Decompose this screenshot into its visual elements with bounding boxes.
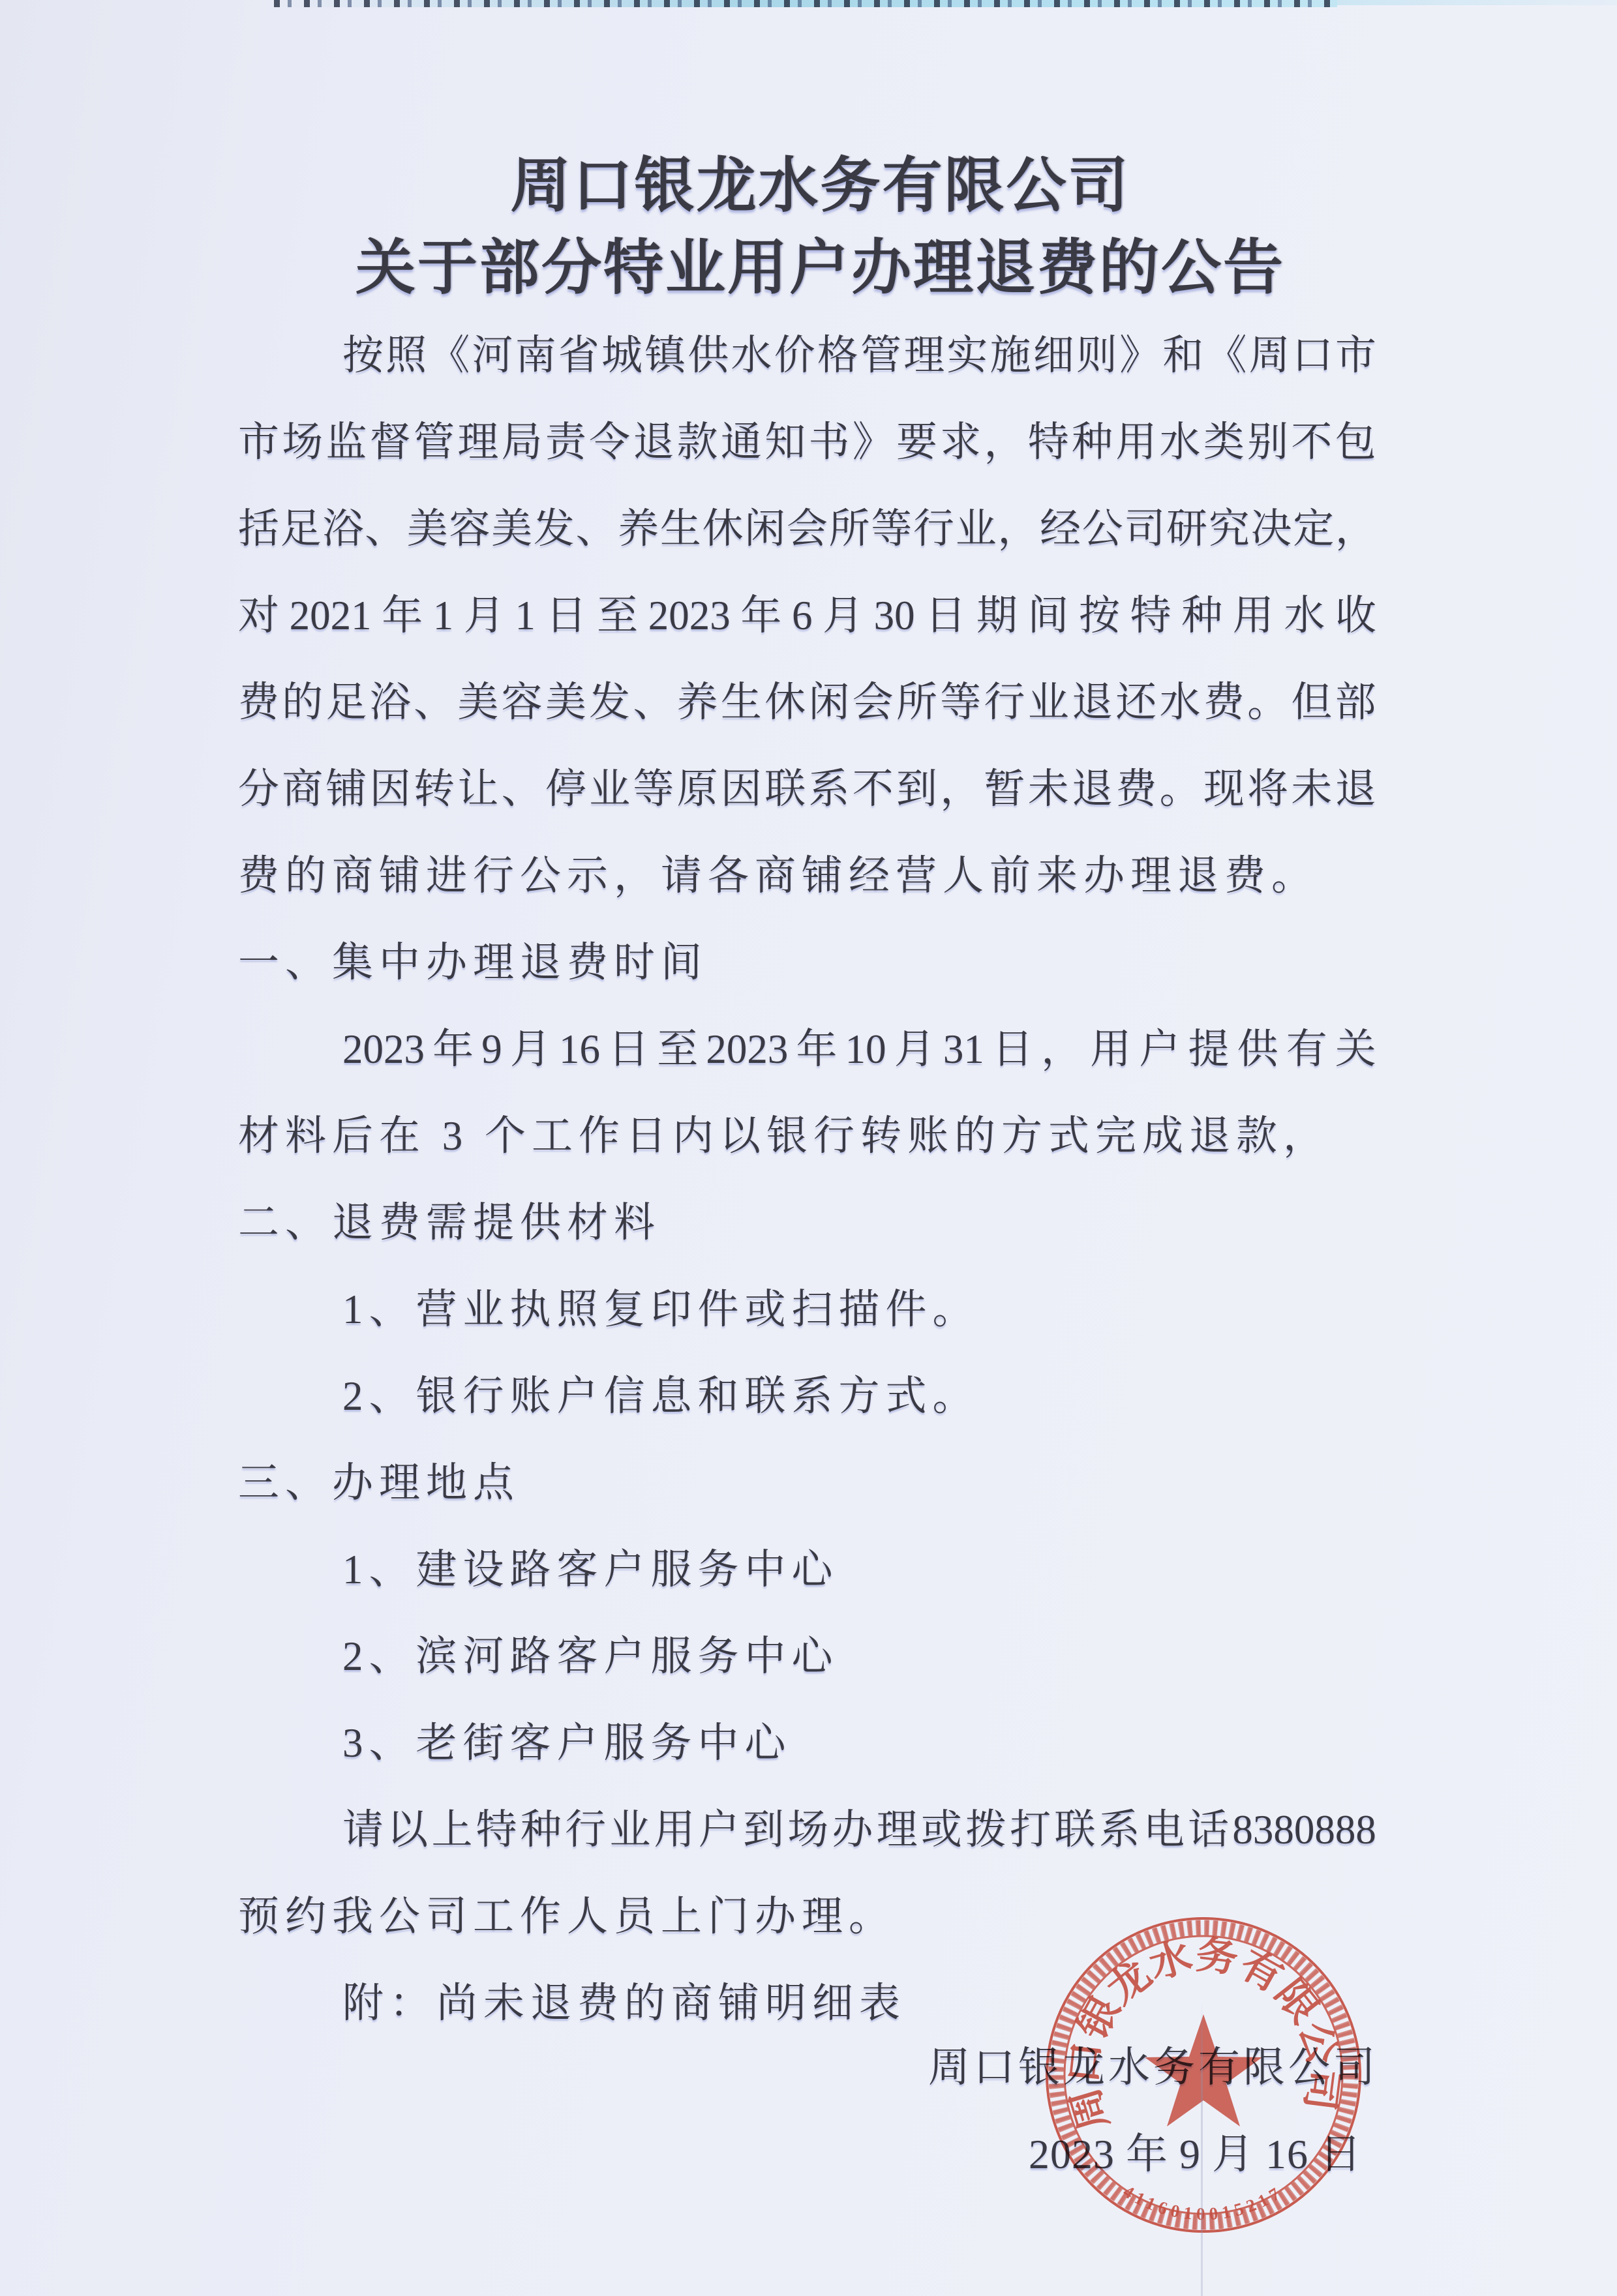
body-line: 3、老街客户服务中心 [342, 1699, 1376, 1787]
page-top-scan-artifact-right [1337, 0, 1617, 5]
announcement-document: 周口银龙水务有限公司 关于部分特业用户办理退费的公告 按照《河南省城镇供水价格管… [0, 0, 1617, 2296]
body-line: 一、集中办理退费时间 [238, 919, 1376, 1006]
body-line: 材料后在 3 个工作日内以银行转账的方式完成退款， [238, 1092, 1376, 1180]
official-seal: 周口银龙水务有限公司 4116010015217 [1044, 1916, 1363, 2234]
body-line: 三、办理地点 [238, 1439, 1376, 1527]
body-line: 请以上特种行业用户到场办理或拨打联系电话8380888 [342, 1786, 1376, 1873]
document-title-company: 周口银龙水务有限公司 [251, 142, 1389, 230]
body-line: 费的足浴、美容美发、养生休闲会所等行业退还水费。但部 [238, 659, 1376, 746]
body-line: 二、退费需提供材料 [238, 1179, 1376, 1266]
paper-crease [1201, 2002, 1203, 2296]
body-line: 对2021年1月1日至2023年6月30日期间按特种用水收 [238, 572, 1376, 659]
body-line: 1、营业执照复印件或扫描件。 [342, 1266, 1376, 1353]
body-line: 按照《河南省城镇供水价格管理实施细则》和《周口市 [342, 312, 1376, 399]
page-top-scan-artifact [274, 0, 1337, 7]
body-line: 2023年9月16日至2023年10月31日，用户提供有关 [342, 1006, 1376, 1093]
body-line: 括足浴、美容美发、养生休闲会所等行业，经公司研究决定， [238, 485, 1376, 573]
body-line: 市场监督管理局责令退款通知书》要求，特种用水类别不包 [238, 398, 1376, 486]
body-line: 1、建设路客户服务中心 [342, 1526, 1376, 1613]
document-title-subject: 关于部分特业用户办理退费的公告 [251, 224, 1389, 312]
body-line: 2、银行账户信息和联系方式。 [342, 1352, 1376, 1440]
seal-star-icon [1145, 2014, 1262, 2126]
body-line: 2、滨河路客户服务中心 [342, 1613, 1376, 1700]
body-line: 费的商铺进行公示，请各商铺经营人前来办理退费。 [238, 832, 1376, 919]
body-line: 分商铺因转让、停业等原因联系不到，暂未退费。现将未退 [238, 745, 1376, 833]
